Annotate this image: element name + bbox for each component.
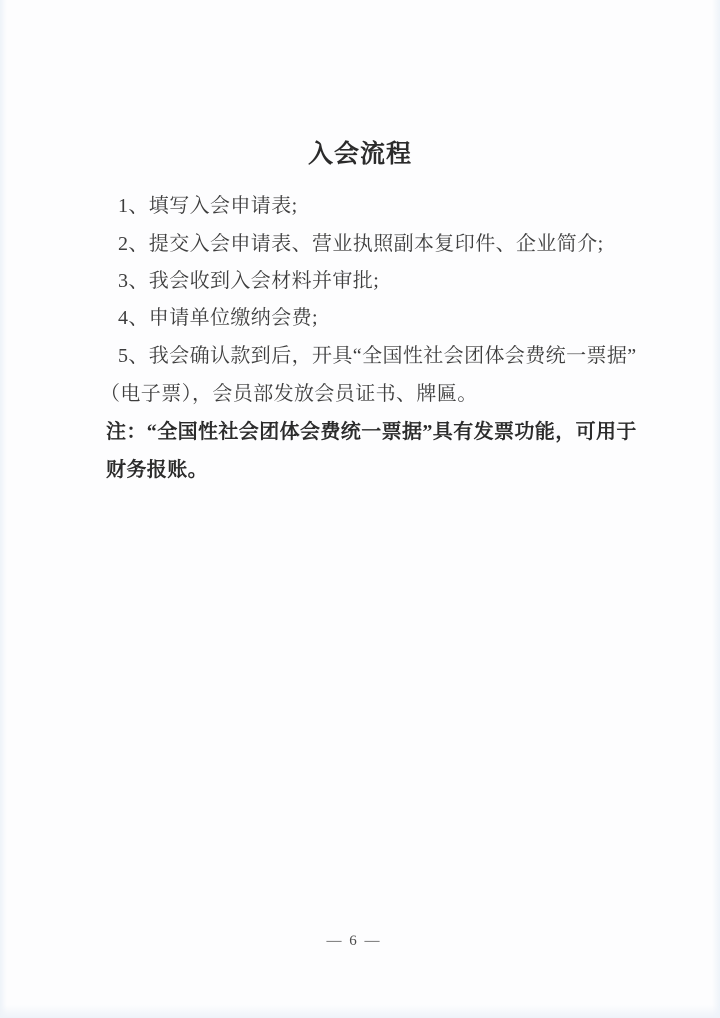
note-line-2: 财务报账。 <box>106 458 208 482</box>
scanned-document-page: 入会流程 1、填写入会申请表; 2、提交入会申请表、营业执照副本复印件、企业简介… <box>0 0 720 1018</box>
list-item-5-line-1: 5、我会确认款到后，开具“全国性社会团体会费统一票据” <box>118 344 637 368</box>
list-item-5-line-2: （电子票），会员部发放会员证书、牌匾。 <box>100 382 478 406</box>
note-line-1: 注：“全国性社会团体会费统一票据”具有发票功能，可用于 <box>106 420 637 444</box>
list-item-3: 3、我会收到入会材料并审批; <box>118 269 379 293</box>
page-title: 入会流程 <box>0 134 720 170</box>
list-item-1: 1、填写入会申请表; <box>118 194 298 218</box>
list-item-2: 2、提交入会申请表、营业执照副本复印件、企业简介; <box>118 232 604 256</box>
page-number: — 6 — <box>0 933 708 950</box>
scan-edge-artifact-bottom <box>0 1005 720 1018</box>
list-item-4: 4、申请单位缴纳会费; <box>118 306 318 330</box>
